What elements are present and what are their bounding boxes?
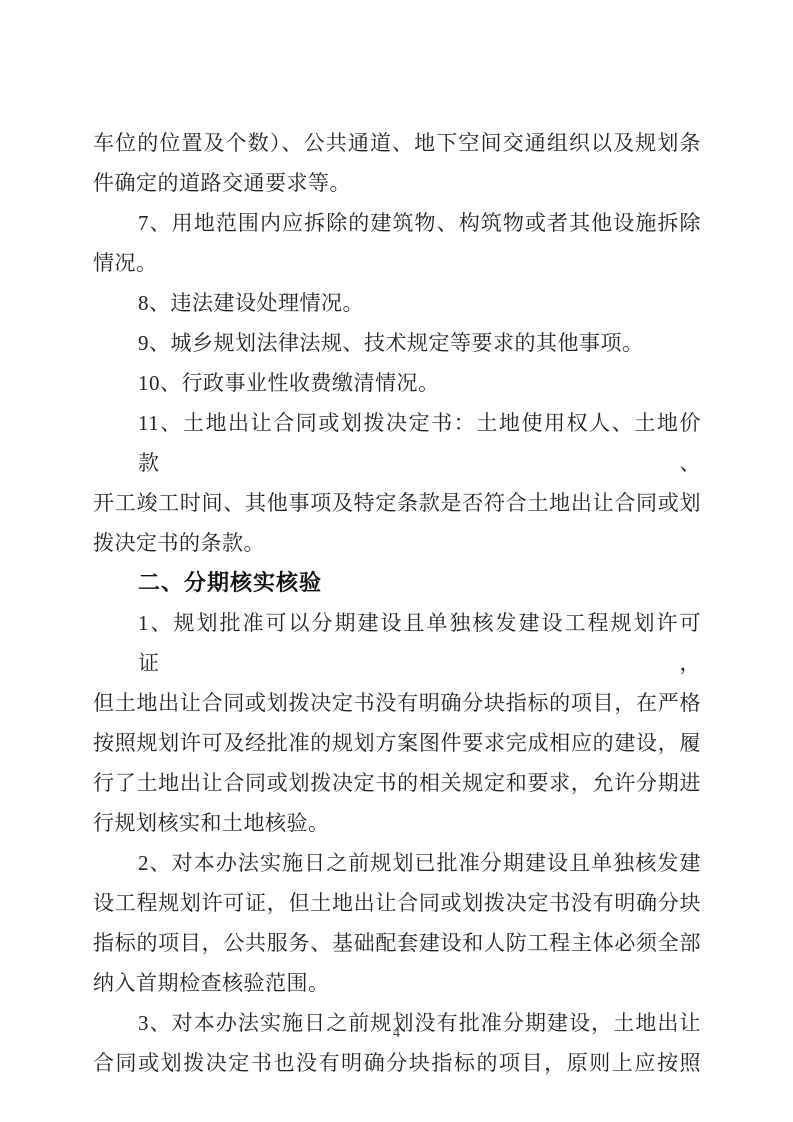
section-heading: 二、分期核实核验 — [93, 563, 701, 603]
text-line: 行了土地出让合同或划拨决定书的相关规定和要求，允许分期进 — [93, 763, 701, 803]
text-line: 纳入首期检查核验范围。 — [93, 963, 701, 1003]
text-line: 行规划核实和土地核验。 — [93, 803, 701, 843]
text-line: 合同或划拨决定书也没有明确分块指标的项目，原则上应按照 — [93, 1043, 701, 1083]
text-line: 9、城乡规划法律法规、技术规定等要求的其他事项。 — [93, 323, 701, 363]
text-line: 拨决定书的条款。 — [93, 523, 701, 563]
text-line: 开工竣工时间、其他事项及特定条款是否符合土地出让合同或划 — [93, 483, 701, 523]
text-line: 指标的项目，公共服务、基础配套建设和人防工程主体必须全部 — [93, 923, 701, 963]
text-line: 7、用地范围内应拆除的建筑物、构筑物或者其他设施拆除 — [93, 203, 701, 243]
page-number: 4 — [0, 1026, 793, 1042]
text-line: 按照规划许可及经批准的规划方案图件要求完成相应的建设，履 — [93, 723, 701, 763]
text-line: 车位的位置及个数）、公共通道、地下空间交通组织以及规划条 — [93, 123, 701, 163]
text-line: 情况。 — [93, 243, 701, 283]
text-line: 10、行政事业性收费缴清情况。 — [93, 363, 701, 403]
text-line: 但土地出让合同或划拨决定书没有明确分块指标的项目，在严格 — [93, 683, 701, 723]
document-body: 车位的位置及个数）、公共通道、地下空间交通组织以及规划条 件确定的道路交通要求等… — [93, 123, 701, 1083]
text-line: 1、规划批准可以分期建设且单独核发建设工程规划许可证， — [93, 603, 701, 683]
text-line: 11、土地出让合同或划拨决定书：土地使用权人、土地价款、 — [93, 403, 701, 483]
text-line: 件确定的道路交通要求等。 — [93, 163, 701, 203]
text-line: 2、对本办法实施日之前规划已批准分期建设且单独核发建 — [93, 843, 701, 883]
document-page: 车位的位置及个数）、公共通道、地下空间交通组织以及规划条 件确定的道路交通要求等… — [0, 0, 793, 1122]
text-line: 8、违法建设处理情况。 — [93, 283, 701, 323]
text-line: 设工程规划许可证，但土地出让合同或划拨决定书没有明确分块 — [93, 883, 701, 923]
